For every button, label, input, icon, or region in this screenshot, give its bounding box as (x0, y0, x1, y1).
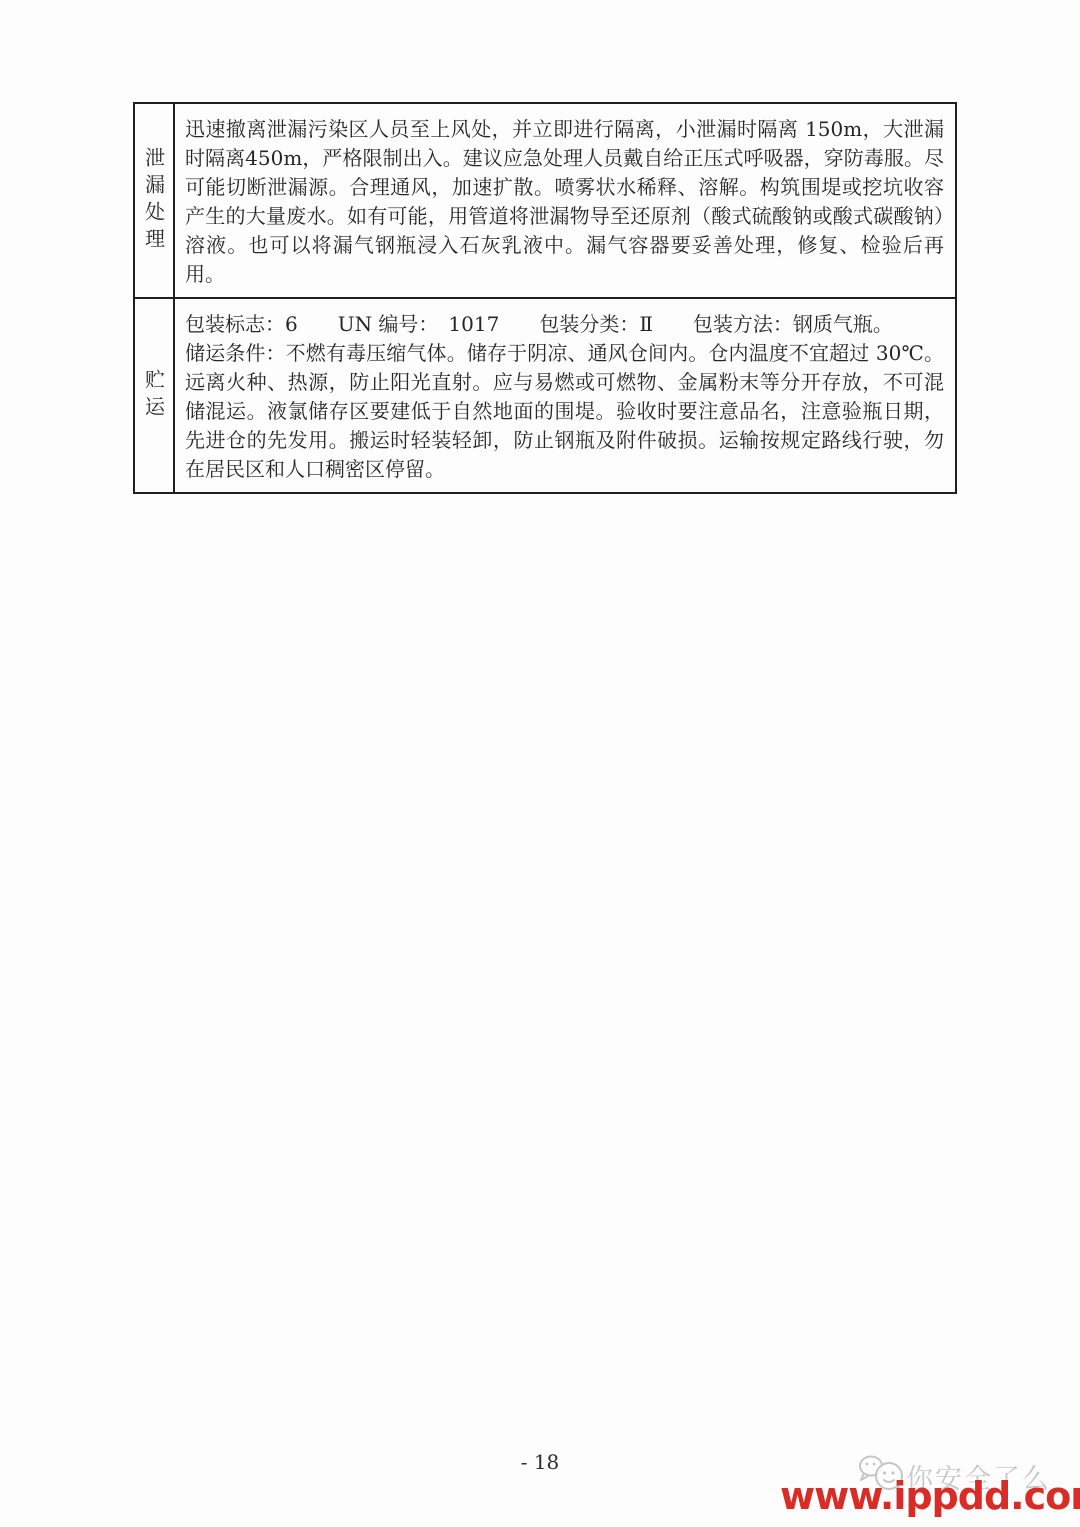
leak-handling-text: 迅速撤离泄漏污染区人员至上风处，并立即进行隔离，小泄漏时隔离 150m，大泄漏时… (185, 115, 944, 289)
row-header-storage-transport: 贮运 (135, 299, 175, 492)
watermark-url: www.ippdd.com (780, 1474, 1080, 1518)
hazard-info-table: 泄漏处理 迅速撤离泄漏污染区人员至上风处，并立即进行隔离，小泄漏时隔离 150m… (133, 102, 957, 494)
row-label-storage-transport: 贮运 (140, 369, 169, 423)
storage-conditions-text: 储运条件：不燃有毒压缩气体。储存于阴凉、通风仓间内。仓内温度不宜超过 30℃。远… (185, 339, 944, 484)
packaging-info-text: 包装标志：6 UN 编号： 1017 包装分类：Ⅱ 包装方法：钢质气瓶。 (185, 310, 944, 339)
row-header-leak-handling: 泄漏处理 (135, 104, 175, 297)
table-row-leak-handling: 泄漏处理 迅速撤离泄漏污染区人员至上风处，并立即进行隔离，小泄漏时隔离 150m… (135, 104, 955, 299)
row-label-leak-handling: 泄漏处理 (140, 147, 169, 255)
storage-transport-content-cell: 包装标志：6 UN 编号： 1017 包装分类：Ⅱ 包装方法：钢质气瓶。 储运条… (175, 299, 955, 492)
watermark: 你安全了么 www.ippdd.com (780, 1441, 1080, 1527)
leak-handling-content-cell: 迅速撤离泄漏污染区人员至上风处，并立即进行隔离，小泄漏时隔离 150m，大泄漏时… (175, 104, 955, 297)
table-row-storage-transport: 贮运 包装标志：6 UN 编号： 1017 包装分类：Ⅱ 包装方法：钢质气瓶。 … (135, 299, 955, 492)
